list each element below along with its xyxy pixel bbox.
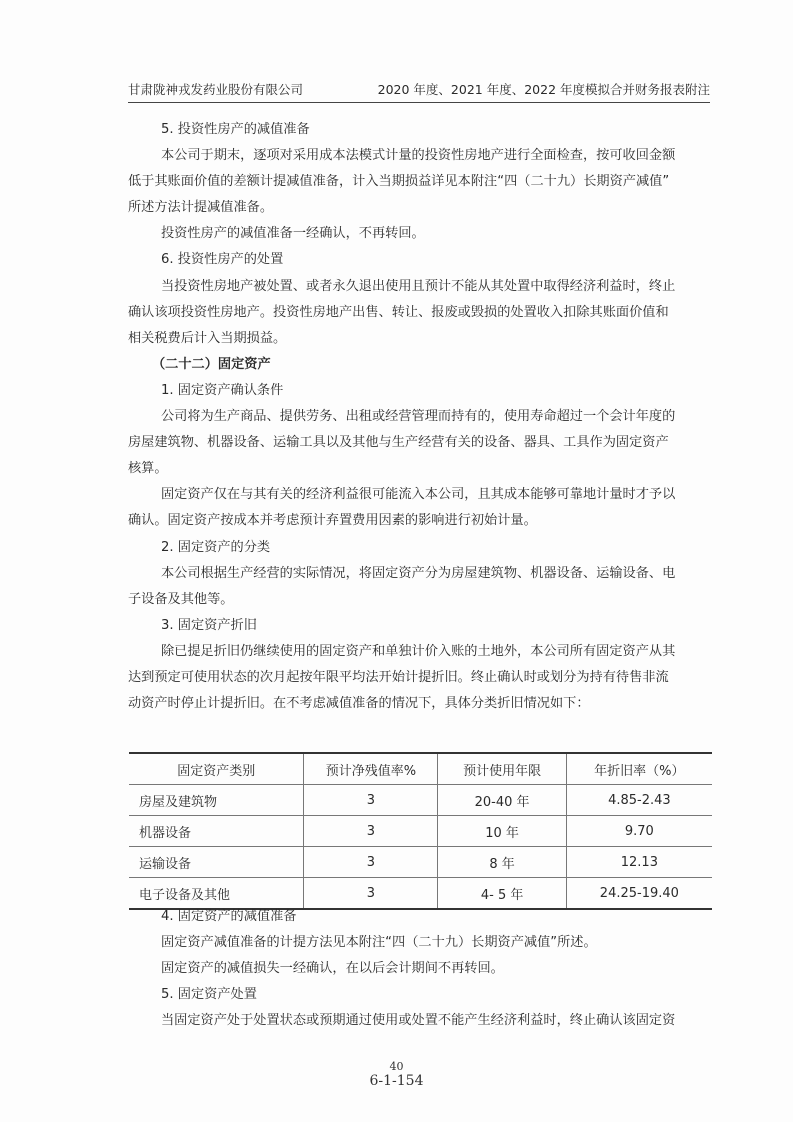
asset-category-cell: 房屋及建筑物 xyxy=(129,785,304,816)
useful-life-cell: 20-40 年 xyxy=(438,785,566,816)
paragraph-line: 所述方法计提减值准备。 xyxy=(128,195,710,221)
depreciation-rate-cell: 9.70 xyxy=(566,816,712,847)
useful-life-cell: 10 年 xyxy=(438,816,566,847)
paragraph-line: 固定资产减值准备的计提方法见本附注“四（二十九）长期资产减值”所述。 xyxy=(128,930,710,956)
asset-category-cell: 机器设备 xyxy=(129,816,304,847)
paragraph-line: 相关税费后计入当期损益。 xyxy=(128,326,710,352)
residual-rate-cell: 3 xyxy=(304,847,438,878)
paragraph-line: 确认。固定资产按成本并考虑预计弃置费用因素的影响进行初始计量。 xyxy=(128,508,710,534)
depreciation-table: 固定资产类别 预计净残值率% 预计使用年限 年折旧率（%） 房屋及建筑物 3 2… xyxy=(129,752,712,910)
subheading-depreciation: 3. 固定资产折旧 xyxy=(128,613,710,639)
depreciation-rate-cell: 4.85-2.43 xyxy=(566,785,712,816)
useful-life-cell: 8 年 xyxy=(438,847,566,878)
residual-rate-cell: 3 xyxy=(304,816,438,847)
document-code: 6-1-154 xyxy=(0,1073,793,1089)
page-number: 40 xyxy=(0,1060,793,1073)
paragraph-line: 本公司根据生产经营的实际情况，将固定资产分为房屋建筑物、机器设备、运输设备、电 xyxy=(128,561,710,587)
report-title: 2020 年度、2021 年度、2022 年度模拟合并财务报表附注 xyxy=(378,80,710,98)
paragraph-line: 投资性房产的减值准备一经确认，不再转回。 xyxy=(128,221,710,247)
page-header: 甘肃陇神戎发药业股份有限公司 2020 年度、2021 年度、2022 年度模拟… xyxy=(128,80,710,103)
paragraph-line: 确认该项投资性房地产。投资性房地产出售、转让、报废或毁损的处置收入扣除其账面价值… xyxy=(128,300,710,326)
paragraph-line: 当固定资产处于处置状态或预期通过使用或处置不能产生经济利益时，终止确认该固定资 xyxy=(128,1008,710,1034)
paragraph-line: 核算。 xyxy=(128,456,710,482)
subheading-classification: 2. 固定资产的分类 xyxy=(128,535,710,561)
paragraph-line: 子设备及其他等。 xyxy=(128,587,710,613)
depreciation-rate-cell: 12.13 xyxy=(566,847,712,878)
table-row: 运输设备 3 8 年 12.13 xyxy=(129,847,712,878)
paragraph-line: 除已提足折旧仍继续使用的固定资产和单独计价入账的土地外，本公司所有固定资产从其 xyxy=(128,639,710,665)
paragraph-line: 低于其账面价值的差额计提减值准备，计入当期损益详见本附注“四（二十九）长期资产减… xyxy=(128,169,710,195)
paragraph-line: 动资产时停止计提折旧。在不考虑减值准备的情况下，具体分类折旧情况如下： xyxy=(128,691,710,717)
residual-rate-cell: 3 xyxy=(304,785,438,816)
subheading-investment-disposal: 6. 投资性房产的处置 xyxy=(128,247,710,273)
paragraph-line: 公司将为生产商品、提供劳务、出租或经营管理而持有的，使用寿命超过一个会计年度的 xyxy=(128,404,710,430)
subheading-fixed-impairment: 4. 固定资产的减值准备 xyxy=(128,904,710,930)
column-header: 年折旧率（%） xyxy=(566,753,712,785)
subheading-investment-impairment: 5. 投资性房产的减值准备 xyxy=(128,117,710,143)
column-header: 固定资产类别 xyxy=(129,753,304,785)
paragraph-line: 达到预定可使用状态的次月起按年限平均法开始计提折旧。终止确认时或划分为持有待售非… xyxy=(128,665,710,691)
subheading-recognition: 1. 固定资产确认条件 xyxy=(128,378,710,404)
subheading-fixed-disposal: 5. 固定资产处置 xyxy=(128,982,710,1008)
company-name: 甘肃陇神戎发药业股份有限公司 xyxy=(128,80,303,98)
asset-category-cell: 运输设备 xyxy=(129,847,304,878)
table-header-row: 固定资产类别 预计净残值率% 预计使用年限 年折旧率（%） xyxy=(129,753,712,785)
document-page: 甘肃陇神戎发药业股份有限公司 2020 年度、2021 年度、2022 年度模拟… xyxy=(0,0,793,1122)
body-text-after-table: 4. 固定资产的减值准备 固定资产减值准备的计提方法见本附注“四（二十九）长期资… xyxy=(128,904,710,1034)
section-heading-fixed-assets: （二十二）固定资产 xyxy=(128,352,710,378)
paragraph-line: 固定资产的减值损失一经确认，在以后会计期间不再转回。 xyxy=(128,956,710,982)
column-header: 预计净残值率% xyxy=(304,753,438,785)
paragraph-line: 房屋建筑物、机器设备、运输工具以及其他与生产经营有关的设备、器具、工具作为固定资… xyxy=(128,430,710,456)
table-row: 机器设备 3 10 年 9.70 xyxy=(129,816,712,847)
paragraph-line: 当投资性房地产被处置、或者永久退出使用且预计不能从其处置中取得经济利益时，终止 xyxy=(128,274,710,300)
paragraph-line: 本公司于期末，逐项对采用成本法模式计量的投资性房地产进行全面检查，按可收回金额 xyxy=(128,143,710,169)
table-row: 房屋及建筑物 3 20-40 年 4.85-2.43 xyxy=(129,785,712,816)
column-header: 预计使用年限 xyxy=(438,753,566,785)
body-text: 5. 投资性房产的减值准备 本公司于期末，逐项对采用成本法模式计量的投资性房地产… xyxy=(128,117,710,717)
paragraph-line: 固定资产仅在与其有关的经济利益很可能流入本公司，且其成本能够可靠地计量时才予以 xyxy=(128,482,710,508)
